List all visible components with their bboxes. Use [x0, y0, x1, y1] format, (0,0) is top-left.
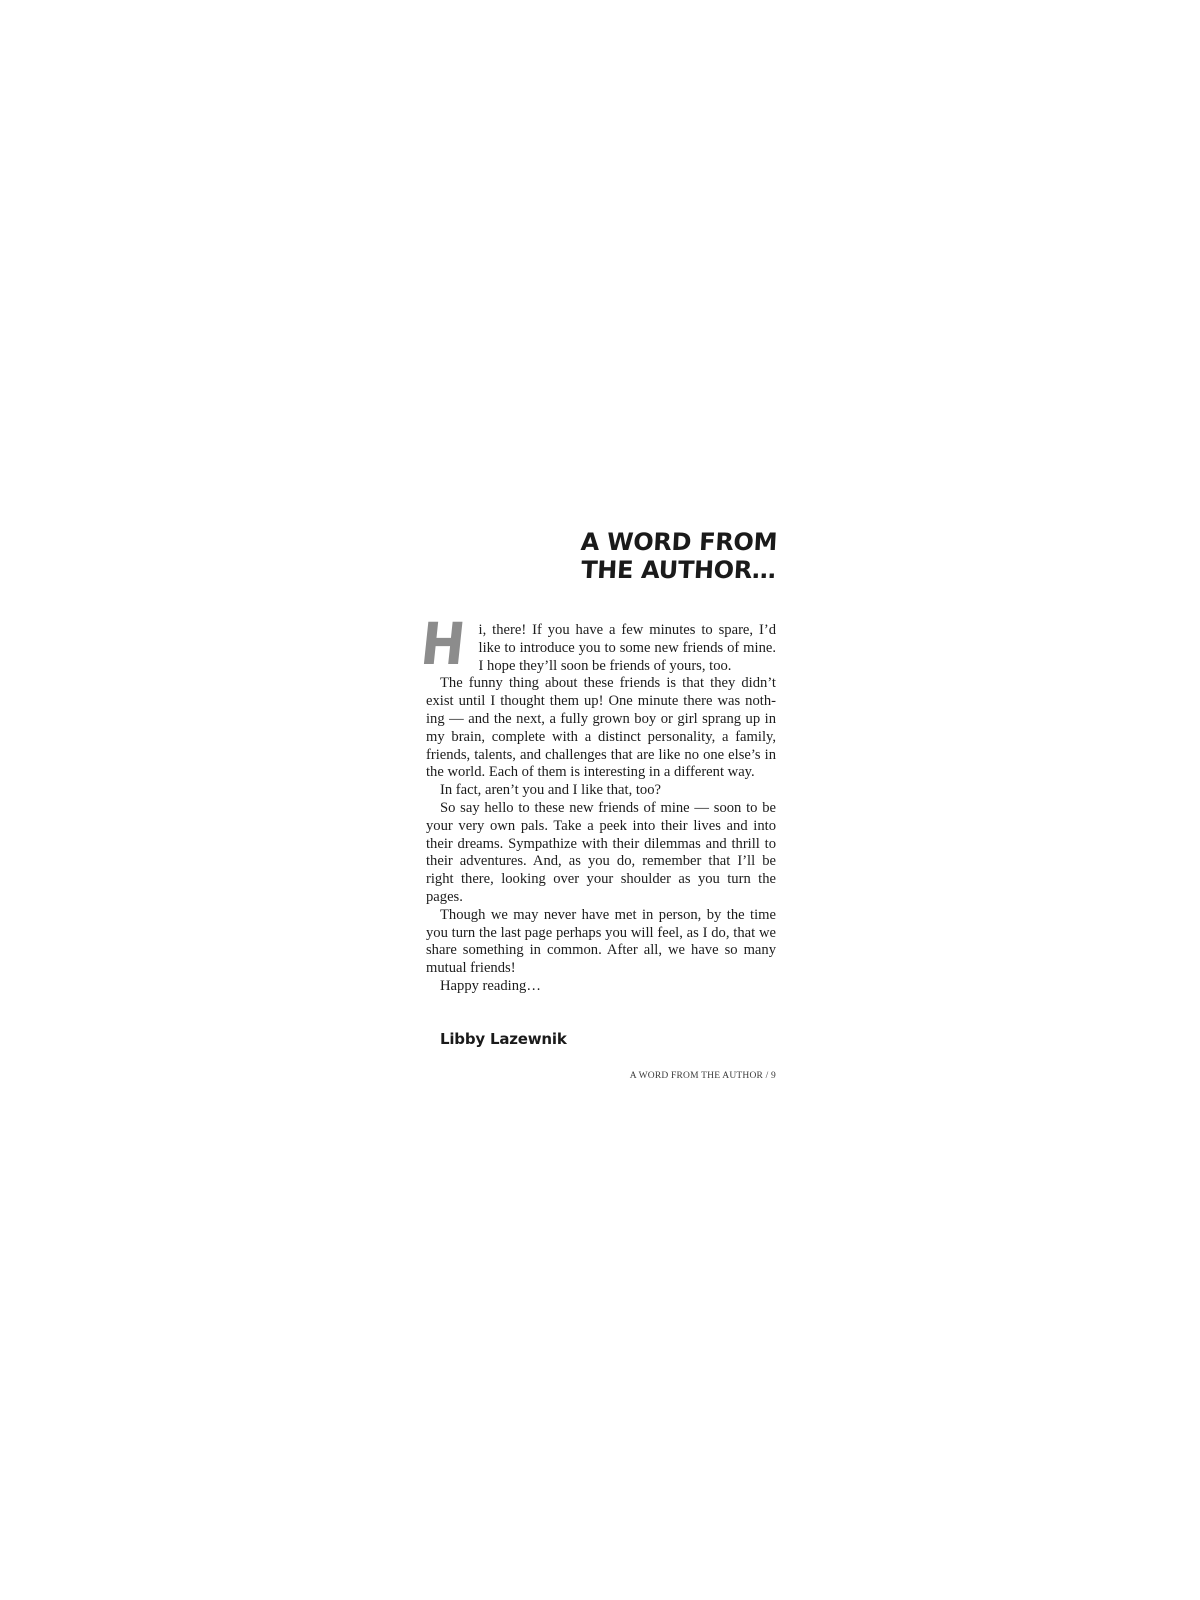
chapter-title-line-2: THE AUTHOR… — [578, 556, 776, 584]
chapter-title-line-1: A WORD FROM — [580, 528, 778, 556]
book-page: A WORD FROM THE AUTHOR… Hi, there! If yo… — [426, 0, 776, 1600]
drop-cap: H — [420, 618, 468, 660]
author-signature: Libby Lazewnik — [440, 1030, 567, 1048]
chapter-title: A WORD FROM THE AUTHOR… — [578, 528, 777, 584]
paragraph-3: In fact, aren’t you and I like that, too… — [426, 782, 776, 800]
paragraph-4: So say hello to these new friends of min… — [426, 800, 776, 907]
paragraph-1: Hi, there! If you have a few minutes to … — [426, 622, 776, 675]
paragraph-2: The funny thing about these friends is t… — [426, 675, 776, 782]
body-text: Hi, there! If you have a few minutes to … — [426, 622, 776, 996]
running-footer: A WORD FROM THE AUTHOR / 9 — [630, 1071, 776, 1081]
paragraph-6: Happy reading… — [426, 978, 776, 996]
paragraph-5: Though we may never have met in person, … — [426, 907, 776, 978]
paragraph-1-text: i, there! If you have a few minutes to s… — [479, 622, 776, 674]
